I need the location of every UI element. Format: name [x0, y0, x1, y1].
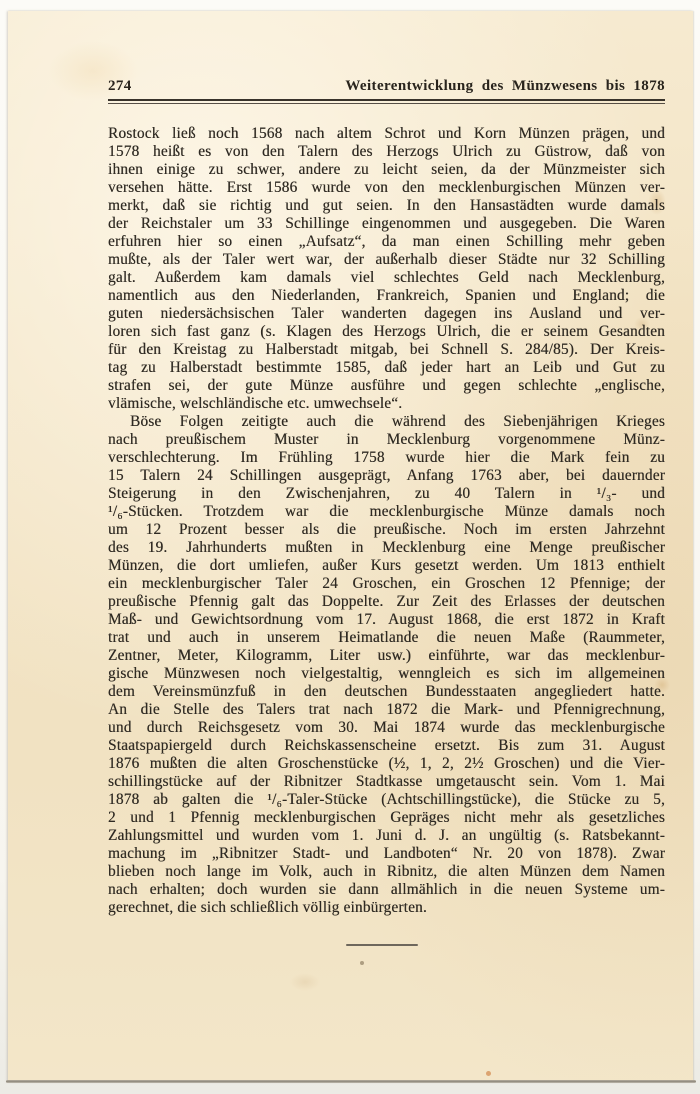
text-line: verschlechterung. Im Frühling 1758 wurde…	[108, 449, 665, 467]
page-body: Rostock ließ noch 1568 nach altem Schrot…	[108, 125, 665, 917]
text-line: gische Münzwesen noch vielgestaltig, wen…	[108, 665, 665, 683]
text-line: für den Kreistag zu Halberstadt mitgab, …	[108, 341, 665, 359]
text-line: gerechnet, die sich schließlich völlig e…	[108, 899, 665, 917]
text-line: und durch Reichsgesetz vom 30. Mai 1874 …	[108, 719, 665, 737]
text-line: preußische Pfennig galt das Doppelte. Zu…	[108, 593, 665, 611]
text-line: Steigerung in den Zwischenjahren, zu 40 …	[108, 485, 665, 503]
header-rule-thin	[108, 103, 665, 104]
text-line: strafen sei, der gute Münze ausführe und…	[108, 377, 665, 395]
text-line: Maß- und Gewichtsordnung vom 17. August …	[108, 611, 665, 629]
text-line: nach erhalten; doch wurden sie dann allm…	[108, 881, 665, 899]
text-line: ihnen einige zu schwer, andere zu leicht…	[108, 161, 665, 179]
text-line: des 19. Jahrhunderts mußten in Mecklenbu…	[108, 539, 665, 557]
text-line: Münzen, die dort umliefen, außer Kurs ge…	[108, 557, 665, 575]
text-line: ein mecklenburgischer Taler 24 Groschen,…	[108, 575, 665, 593]
book-page: 274 Weiterentwicklung des Münzwesens bis…	[8, 11, 693, 1082]
text-line: blieben noch lange im Volk, auch in Ribn…	[108, 863, 665, 881]
page-number: 274	[108, 77, 132, 96]
running-title: Weiterentwicklung des Münzwesens bis 187…	[345, 77, 665, 96]
text-line: mußte, als der Taler wert war, der außer…	[108, 251, 665, 269]
header-rule-thick	[108, 99, 665, 101]
paper-stain	[360, 961, 364, 965]
text-line: guten niedersächsischen Taler wanderten …	[108, 305, 665, 323]
paper-stain	[290, 973, 320, 991]
text-line: vlämische, welschländische etc. umwechse…	[108, 395, 665, 413]
text-line: ¹/₆-Stücken. Trotzdem war die mecklenbur…	[108, 503, 665, 521]
text-line: 1578 heißt es von den Talern des Herzogs…	[108, 143, 665, 161]
text-line: der Reichstaler um 33 Schillinge eingeno…	[108, 215, 665, 233]
text-line: Zahlungsmittel und wurden vom 1. Juni d.…	[108, 827, 665, 845]
text-line: galt. Außerdem kam damals viel schlechte…	[108, 269, 665, 287]
text-line: schillingstücke auf der Ribnitzer Stadtk…	[108, 773, 665, 791]
text-line: namentlich aus den Niederlanden, Frankre…	[108, 287, 665, 305]
scan-page-edge	[6, 1080, 696, 1083]
text-line: machung im „Ribnitzer Stadt- und Landbot…	[108, 845, 665, 863]
text-line: um 12 Prozent besser als die preußische.…	[108, 521, 665, 539]
text-line: 15 Talern 24 Schillingen ausgeprägt, Anf…	[108, 467, 665, 485]
text-line: Staatspapiergeld durch Reichskassenschei…	[108, 737, 665, 755]
text-line: merkt, daß sie richtig und gut seien. In…	[108, 197, 665, 215]
text-line: dem Vereinsmünzfuß in den deutschen Bund…	[108, 683, 665, 701]
paper-stain	[486, 1071, 491, 1076]
text-line: 1878 ab galten die ¹/₆-Taler-Stücke (Ach…	[108, 791, 665, 809]
section-divider	[346, 944, 418, 946]
text-line: versehen hätte. Erst 1586 wurde von den …	[108, 179, 665, 197]
text-line: tag zu Halberstadt bestimmte 1585, daß j…	[108, 359, 665, 377]
text-line: Rostock ließ noch 1568 nach altem Schrot…	[108, 125, 665, 143]
page-content: 274 Weiterentwicklung des Münzwesens bis…	[108, 77, 665, 946]
scanned-page-image: 274 Weiterentwicklung des Münzwesens bis…	[0, 0, 700, 1094]
text-line: erfuhren hier so einen „Aufsatz“, da man…	[108, 233, 665, 251]
text-line: 2 und 1 Pfennig mecklenburgischen Gepräg…	[108, 809, 665, 827]
text-line: trat und auch in unserem Heimatlande die…	[108, 629, 665, 647]
text-line: nach preußischem Muster in Mecklenburg v…	[108, 431, 665, 449]
text-line: Zentner, Meter, Kilogramm, Liter usw.) e…	[108, 647, 665, 665]
text-line: Böse Folgen zeitigte auch die während de…	[108, 413, 665, 431]
text-line: An die Stelle des Talers trat nach 1872 …	[108, 701, 665, 719]
running-header: 274 Weiterentwicklung des Münzwesens bis…	[108, 77, 665, 96]
text-line: loren sich fast ganz (s. Klagen des Herz…	[108, 323, 665, 341]
text-line: 1876 mußten die alten Groschenstücke (½,…	[108, 755, 665, 773]
